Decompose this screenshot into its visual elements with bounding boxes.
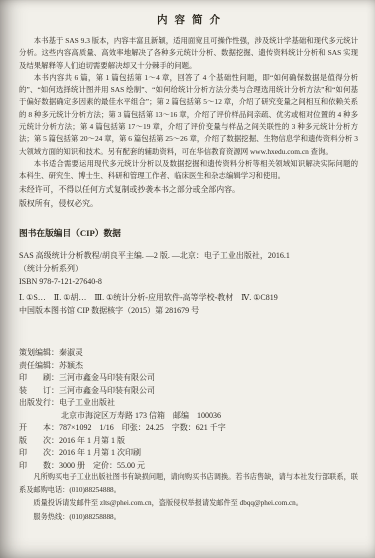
colophon-value: 2016 年 1 月第 1 版 bbox=[59, 436, 125, 445]
summary-paragraph-1: 本书基于 SAS 9.3 版本，内容丰富且新颖，适用面宽且可操作性强，涉及统计学… bbox=[19, 35, 358, 72]
publication-info-section: 策划编辑：秦淑灵 责任编辑：苏颖杰 印 刷：三河市鑫金马印装有限公司 装 订：三… bbox=[19, 347, 358, 472]
colophon-row-publisher: 出版发行：电子工业出版社 bbox=[19, 397, 358, 410]
colophon-row-printer: 印 刷：三河市鑫金马印装有限公司 bbox=[19, 372, 358, 385]
cip-heading: 图书在版编目（CIP）数据 bbox=[19, 227, 358, 239]
colophon-row-planning-editor: 策划编辑：秦淑灵 bbox=[19, 347, 358, 360]
colophon-value: 787×1092 1/16 印张：24.25 字数：621 千字 bbox=[59, 423, 226, 432]
service-hotline-line: 服务热线：(010)88258888。 bbox=[19, 511, 358, 524]
colophon-label: 印 刷： bbox=[19, 373, 59, 382]
content-summary-title: 内容简介 bbox=[19, 12, 358, 27]
colophon-row-edition: 版 次：2016 年 1 月第 1 版 bbox=[19, 435, 358, 448]
book-copyright-page: 内容简介 本书基于 SAS 9.3 版本，内容丰富且新颖，适用面宽且可操作性强，… bbox=[0, 0, 375, 558]
colophon-label: 责任编辑： bbox=[19, 361, 59, 370]
cip-registry-line: 中国版本图书馆 CIP 数据核字（2015）第 281679 号 bbox=[19, 304, 358, 317]
cip-series-line: （统计分析系列） bbox=[19, 262, 358, 275]
colophon-row-format: 开 本：787×1092 1/16 印张：24.25 字数：621 千字 bbox=[19, 422, 358, 435]
colophon-value: 三河市鑫金马印装有限公司 bbox=[59, 386, 155, 395]
colophon-label: 策划编辑： bbox=[19, 348, 59, 357]
colophon-value: 秦淑灵 bbox=[59, 348, 83, 357]
colophon-value: 电子工业出版社 bbox=[59, 398, 115, 407]
colophon-label: 印 数： bbox=[19, 461, 59, 470]
summary-paragraph-2: 本书内容共 6 篇，第 1 篇包括第 1～4 章，回答了 4 个基础性问题，即“… bbox=[19, 72, 358, 158]
colophon-value: 三河市鑫金马印装有限公司 bbox=[59, 373, 155, 382]
colophon-row-responsible-editor: 责任编辑：苏颖杰 bbox=[19, 360, 358, 373]
colophon-value: 3000 册 定价：55.00 元 bbox=[59, 461, 145, 470]
colophon-value: 苏颖杰 bbox=[59, 361, 83, 370]
colophon-value: 2016 年 1 月第 1 次印刷 bbox=[59, 448, 141, 457]
copyright-notice-line-1: 未经许可，不得以任何方式复制或抄袭本书之部分或全部内容。 bbox=[19, 183, 358, 197]
copyright-notice-section: 未经许可，不得以任何方式复制或抄袭本书之部分或全部内容。 版权所有，侵权必究。 bbox=[19, 183, 358, 211]
exchange-notice-line: 凡所购买电子工业出版社图书有缺损问题，请向购买书店调换。若书店售缺，请与本社发行… bbox=[19, 471, 358, 497]
service-notes-section: 凡所购买电子工业出版社图书有缺损问题，请向购买书店调换。若书店售缺，请与本社发行… bbox=[19, 471, 358, 524]
colophon-label: 开 本： bbox=[19, 423, 59, 432]
colophon-label: 出版发行： bbox=[19, 398, 59, 407]
cip-title-line: SAS 高级统计分析教程/胡良平主编. —2 版. —北京：电子工业出版社，20… bbox=[19, 249, 358, 262]
cip-isbn-line: ISBN 978-7-121-27640-8 bbox=[19, 275, 358, 288]
colophon-row-impression: 印 次：2016 年 1 月第 1 次印刷 bbox=[19, 447, 358, 460]
copyright-notice-line-2: 版权所有，侵权必究。 bbox=[19, 197, 358, 211]
colophon-label: 版 次： bbox=[19, 436, 59, 445]
complaint-email-line: 质量投诉请发邮件至 zlts@phei.com.cn，盗版侵权举报请发邮件至 d… bbox=[19, 497, 358, 510]
summary-paragraph-3: 本书适合需要运用现代多元统计分析以及数据挖掘和遗传资料分析等相关领域知识解决实际… bbox=[19, 158, 358, 183]
colophon-label: 印 次： bbox=[19, 448, 59, 457]
colophon-row-binder: 装 订：三河市鑫金马印装有限公司 bbox=[19, 385, 358, 398]
content-summary-section: 内容简介 本书基于 SAS 9.3 版本，内容丰富且新颖，适用面宽且可操作性强，… bbox=[19, 12, 358, 183]
cip-classification-line: Ⅰ. ①S… Ⅱ. ①胡… Ⅲ. ①统计分析-应用软件-高等学校-教材 Ⅳ. ①… bbox=[19, 291, 358, 304]
publisher-address: 北京市海淀区万寿路 173 信箱 邮编 100036 bbox=[19, 410, 358, 423]
cip-data-section: 图书在版编目（CIP）数据 SAS 高级统计分析教程/胡良平主编. —2 版. … bbox=[19, 227, 358, 317]
colophon-label: 装 订： bbox=[19, 386, 59, 395]
